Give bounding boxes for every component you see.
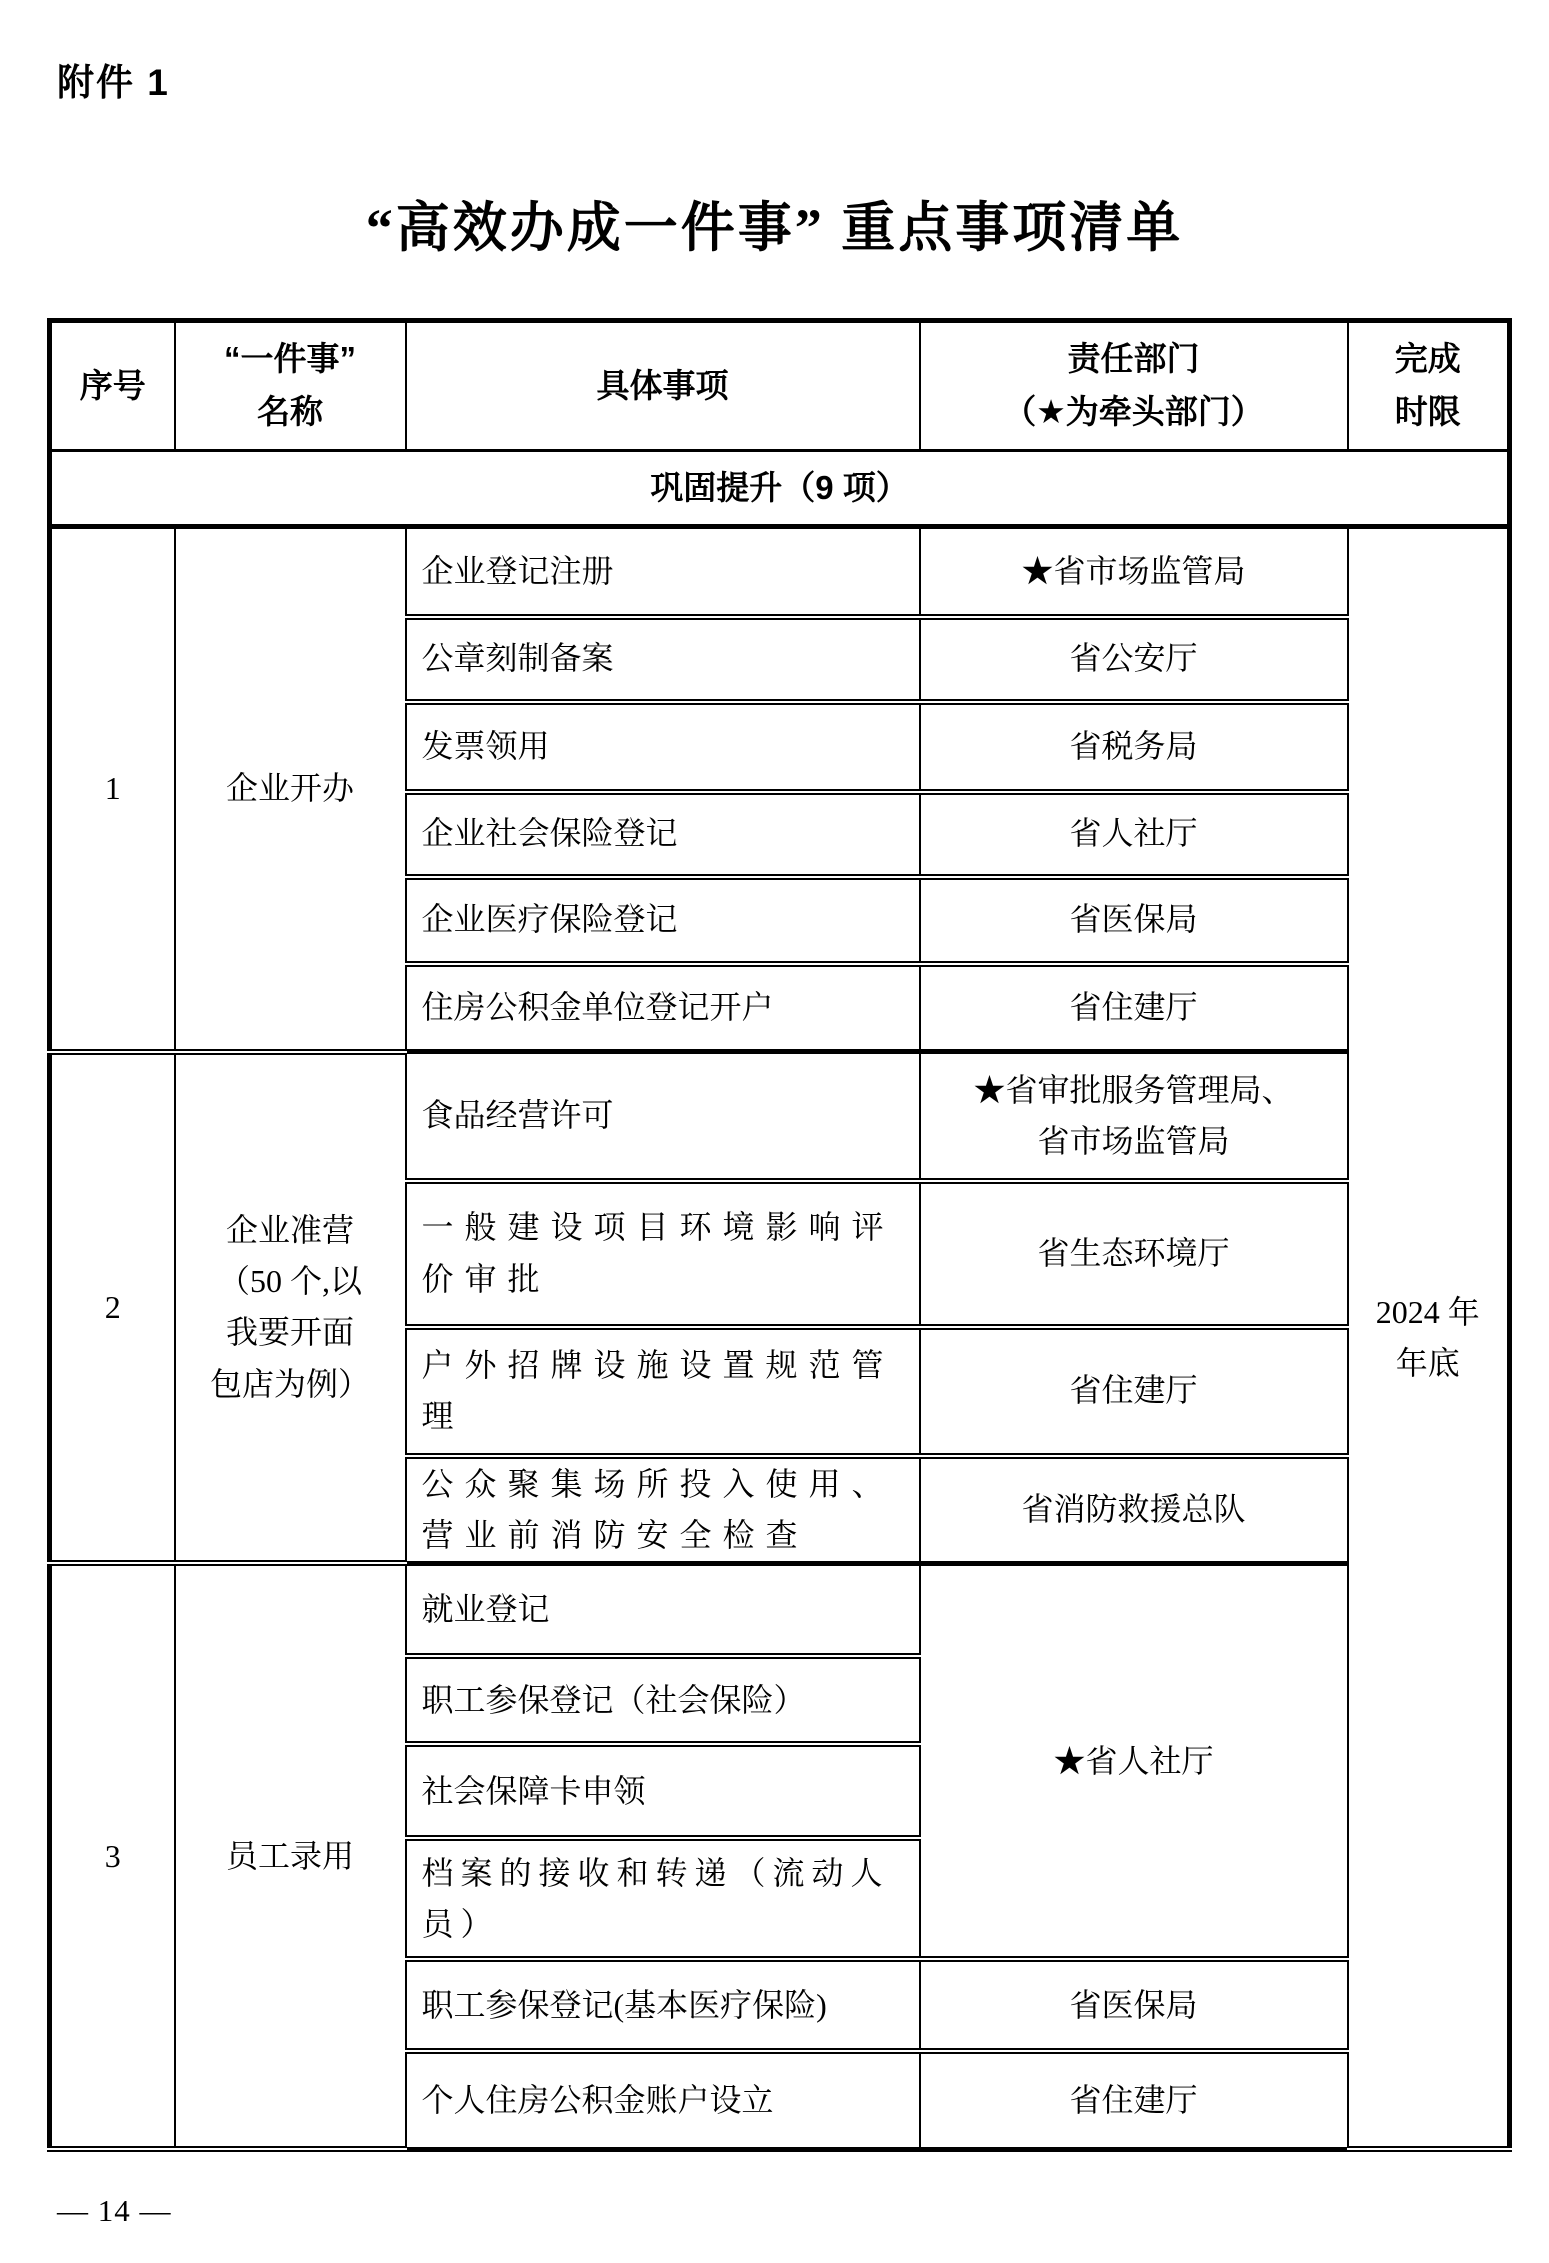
dept-cell: 省消防救援总队 [920,1456,1348,1564]
name-cell: 企业开办 [175,527,406,1052]
item-cell: 住房公积金单位登记开户 [406,964,920,1052]
dept-cell: ★省人社厅 [920,1563,1348,1959]
item-cell: 职工参保登记(基本医疗保险) [406,1959,920,2051]
dept-cell: 省人社厅 [920,792,1348,877]
item-cell: 公章刻制备案 [406,617,920,702]
dept-cell: ★省审批服务管理局、 省市场监管局 [920,1052,1348,1181]
item-cell: 公众聚集场所投入使用、 营业前消防安全检查 [406,1456,920,1564]
dept-cell: 省住建厅 [920,1327,1348,1456]
dept-cell: ★省市场监管局 [920,527,1348,617]
item-cell: 一般建设项目环境影响评 价审批 [406,1181,920,1327]
index-cell: 2 [50,1052,175,1564]
item-cell: 企业社会保险登记 [406,792,920,877]
dept-cell: 省生态环境厅 [920,1181,1348,1327]
section-title: 巩固提升（9 项） [50,451,1510,527]
index-cell: 1 [50,527,175,1052]
attachment-label: 附件 1 [57,52,170,106]
items-table: 序号 “一件事” 名称 具体事项 责任部门 （★为牵头部门） 完成 时限 巩固提… [47,318,1512,2152]
item-cell: 就业登记 [406,1563,920,1656]
item-cell: 户外招牌设施设置规范管 理 [406,1327,920,1456]
item-cell: 社会保障卡申领 [406,1744,920,1838]
dept-cell: 省医保局 [920,877,1348,964]
item-cell: 发票领用 [406,702,920,792]
item-cell: 食品经营许可 [406,1052,920,1181]
header-name: “一件事” 名称 [175,321,406,451]
document-page: { "page": { "attachment_label": "附件 1", … [0,0,1549,2263]
table-row: 1 企业开办 企业登记注册 ★省市场监管局 2024 年 年底 [50,527,1510,617]
item-cell: 档案的接收和转递（流动人 员） [406,1838,920,1959]
header-index: 序号 [50,321,175,451]
section-row: 巩固提升（9 项） [50,451,1510,527]
dept-cell: 省住建厅 [920,964,1348,1052]
dept-cell: 省公安厅 [920,617,1348,702]
header-row: 序号 “一件事” 名称 具体事项 责任部门 （★为牵头部门） 完成 时限 [50,321,1510,451]
page-number: — 14 — [57,2193,172,2229]
header-item: 具体事项 [406,321,920,451]
dept-cell: 省医保局 [920,1959,1348,2051]
table-row: 2 企业准营 （50 个,以 我要开面 包店为例） 食品经营许可 ★省审批服务管… [50,1052,1510,1181]
name-cell: 企业准营 （50 个,以 我要开面 包店为例） [175,1052,406,1564]
dept-cell: 省住建厅 [920,2051,1348,2149]
deadline-cell: 2024 年 年底 [1348,527,1510,2150]
page-title: “高效办成一件事” 重点事项清单 [0,185,1549,262]
item-cell: 个人住房公积金账户设立 [406,2051,920,2149]
dept-cell: 省税务局 [920,702,1348,792]
index-cell: 3 [50,1563,175,2149]
item-cell: 企业医疗保险登记 [406,877,920,964]
name-cell: 员工录用 [175,1563,406,2149]
item-cell: 职工参保登记（社会保险） [406,1656,920,1744]
header-deadline: 完成 时限 [1348,321,1510,451]
header-department: 责任部门 （★为牵头部门） [920,321,1348,451]
item-cell: 企业登记注册 [406,527,920,617]
table-row: 3 员工录用 就业登记 ★省人社厅 [50,1563,1510,1656]
